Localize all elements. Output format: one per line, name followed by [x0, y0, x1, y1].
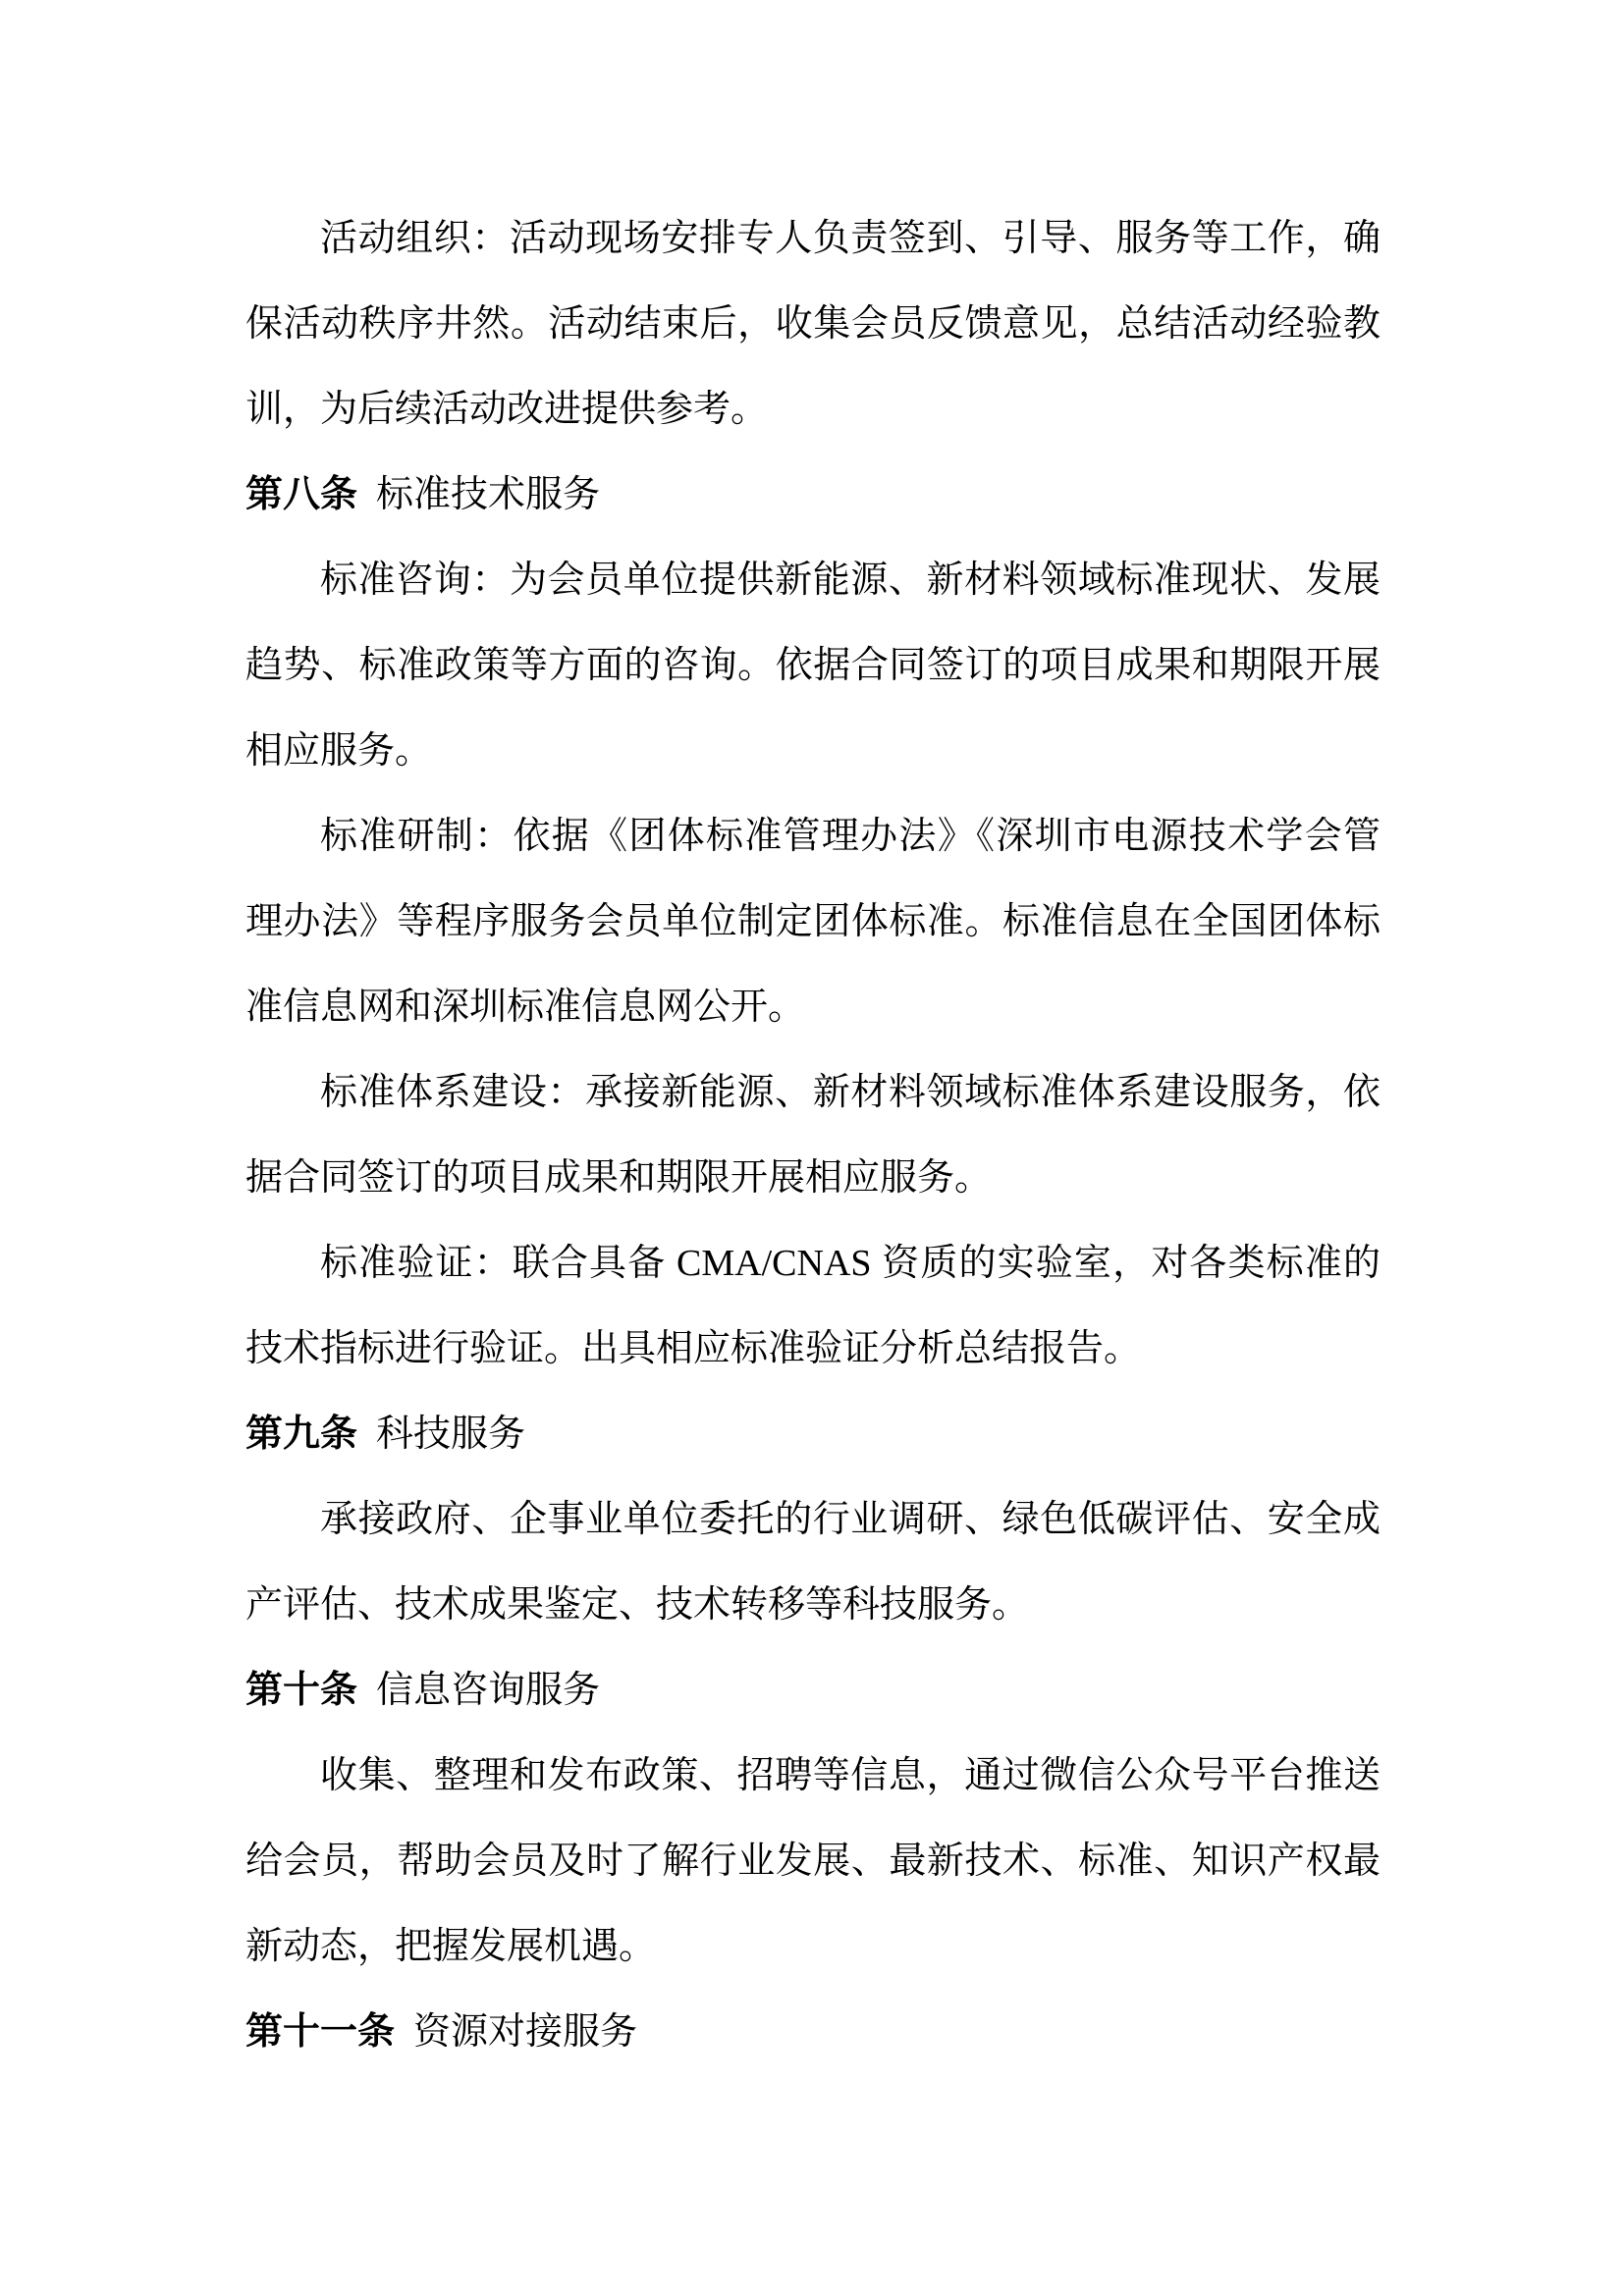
- text-line: 标准研制：依据《团体标准管理办法》《深圳市电源技术学会管: [245, 794, 1380, 880]
- article-heading: 第九条科技服务: [245, 1392, 1380, 1477]
- article-heading: 第八条标准技术服务: [245, 453, 1380, 538]
- article-number: 第十条: [245, 1670, 357, 1711]
- text-line: 标准验证：联合具备 CMA/CNAS 资质的实验室，对各类标准的: [245, 1221, 1380, 1307]
- article-title: 科技服务: [376, 1414, 525, 1455]
- text-line: 标准体系建设：承接新能源、新材料领域标准体系建设服务，依: [245, 1050, 1380, 1136]
- text-line: 理办法》等程序服务会员单位制定团体标准。标准信息在全国团体标: [245, 880, 1380, 965]
- text-line: 技术指标进行验证。出具相应标准验证分析总结报告。: [245, 1307, 1380, 1392]
- article-heading: 第十条信息咨询服务: [245, 1648, 1380, 1734]
- text-line: 活动组织：活动现场安排专人负责签到、引导、服务等工作，确: [245, 196, 1380, 282]
- text-line: 新动态，把握发展机遇。: [245, 1904, 1380, 1990]
- text-line: 训，为后续活动改进提供参考。: [245, 367, 1380, 453]
- text-line: 趋势、标准政策等方面的咨询。依据合同签订的项目成果和期限开展: [245, 623, 1380, 709]
- text-line: 给会员，帮助会员及时了解行业发展、最新技术、标准、知识产权最: [245, 1819, 1380, 1904]
- text-line: 准信息网和深圳标准信息网公开。: [245, 965, 1380, 1050]
- article-number: 第九条: [245, 1414, 357, 1455]
- document-body: 活动组织：活动现场安排专人负责签到、引导、服务等工作，确保活动秩序井然。活动结束…: [245, 196, 1380, 2075]
- text-line: 收集、整理和发布政策、招聘等信息，通过微信公众号平台推送: [245, 1734, 1380, 1819]
- article-title: 标准技术服务: [376, 474, 600, 515]
- text-line: 产评估、技术成果鉴定、技术转移等科技服务。: [245, 1563, 1380, 1648]
- text-line: 标准咨询：为会员单位提供新能源、新材料领域标准现状、发展: [245, 538, 1380, 623]
- text-line: 据合同签订的项目成果和期限开展相应服务。: [245, 1136, 1380, 1221]
- text-line: 相应服务。: [245, 709, 1380, 794]
- text-line: 承接政府、企事业单位委托的行业调研、绿色低碳评估、安全成: [245, 1477, 1380, 1563]
- article-number: 第八条: [245, 474, 357, 515]
- document-page: 活动组织：活动现场安排专人负责签到、引导、服务等工作，确保活动秩序井然。活动结束…: [0, 0, 1624, 2296]
- article-number: 第十一条: [245, 2011, 395, 2053]
- article-title: 信息咨询服务: [376, 1670, 600, 1711]
- article-title: 资源对接服务: [413, 2011, 637, 2053]
- article-heading: 第十一条资源对接服务: [245, 1990, 1380, 2075]
- text-line: 保活动秩序井然。活动结束后，收集会员反馈意见，总结活动经验教: [245, 282, 1380, 367]
